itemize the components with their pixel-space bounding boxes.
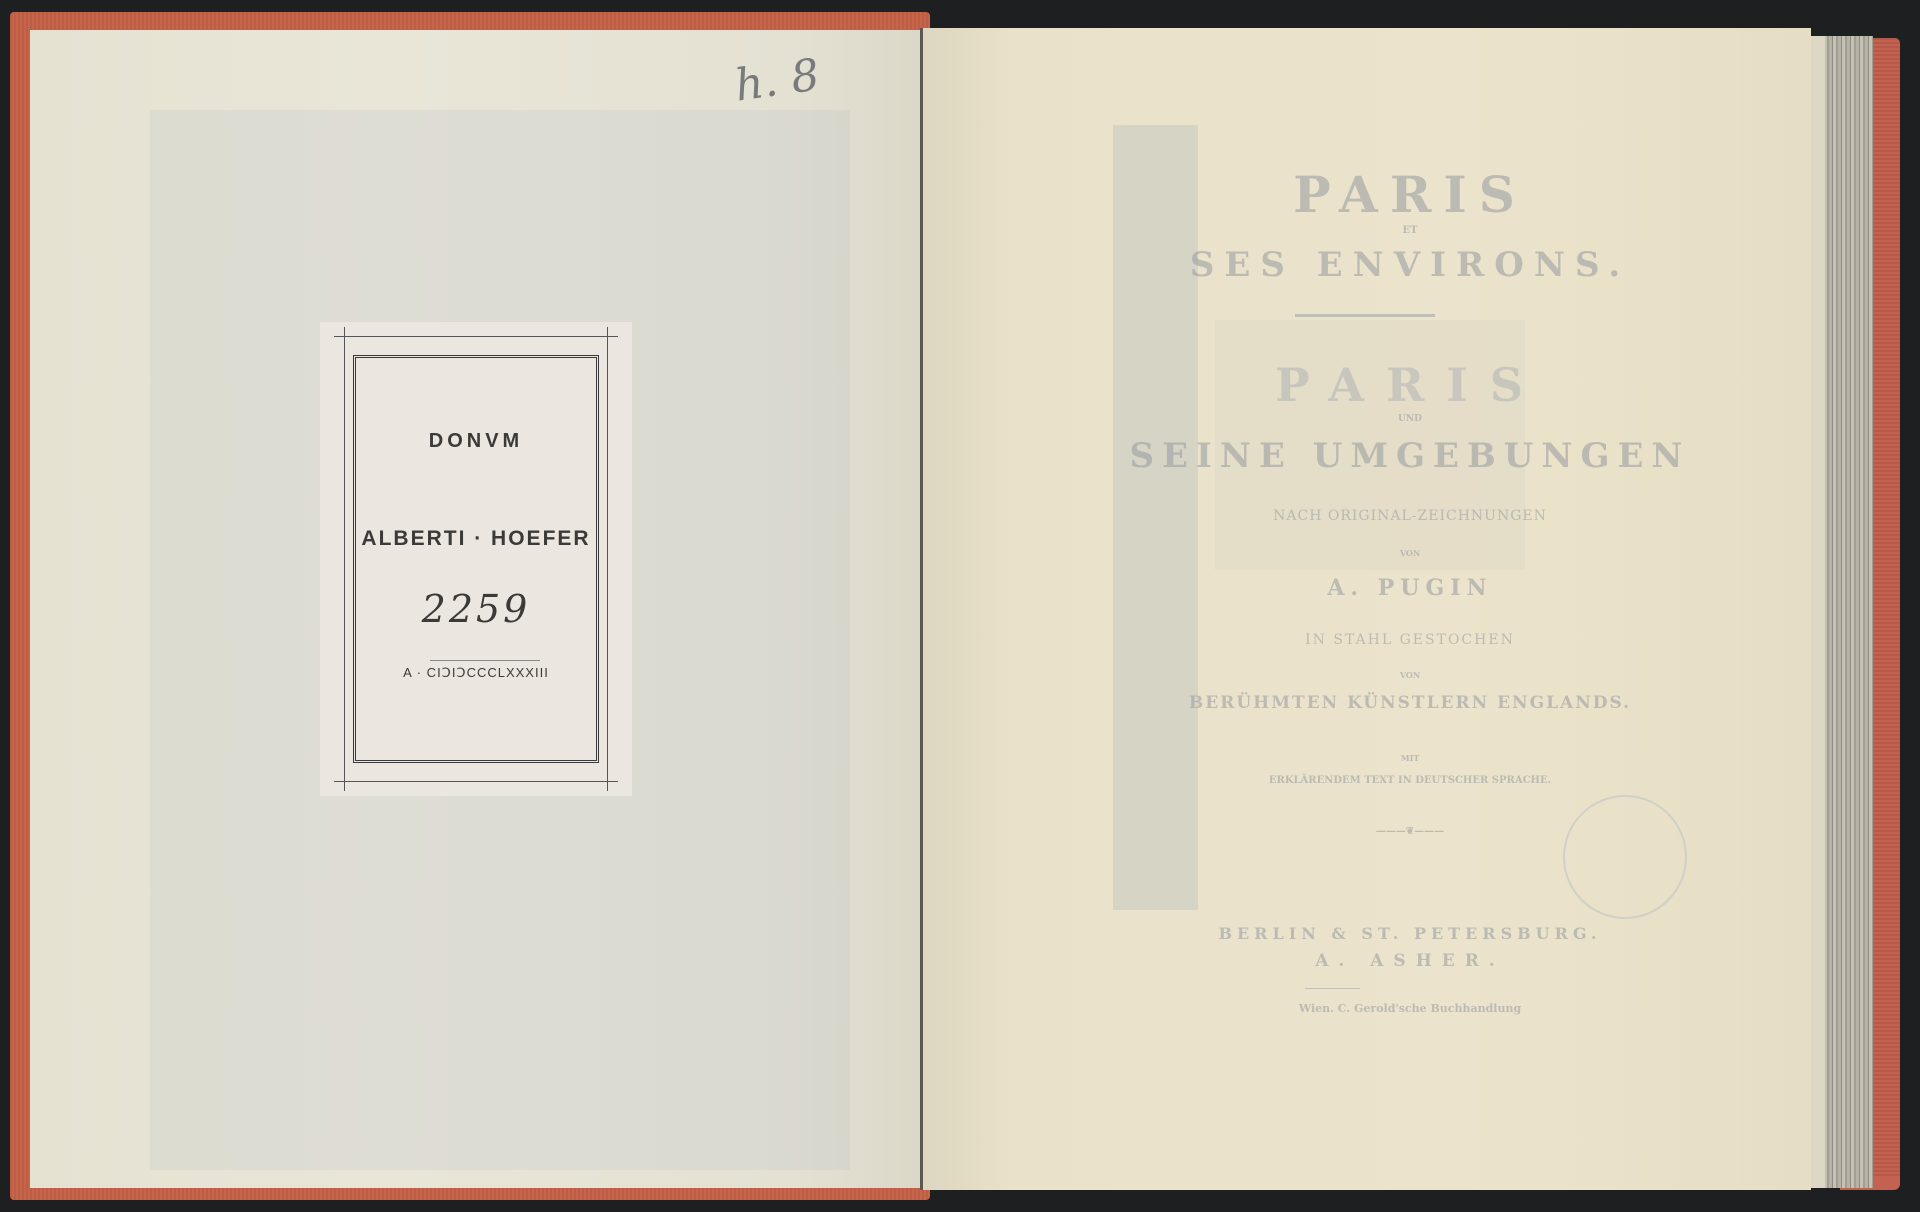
von-2: VON bbox=[1040, 670, 1780, 680]
library-stamp bbox=[1563, 795, 1687, 919]
bookplate-donum: DONVM bbox=[320, 430, 632, 453]
subtitle-fr: SES ENVIRONS. bbox=[1040, 245, 1780, 285]
text-note: ERKLÄRENDEM TEXT IN DEUTSCHER SPRACHE. bbox=[1040, 775, 1780, 786]
flyleaf-edge bbox=[1811, 36, 1825, 1188]
bookplate: DONVM ALBERTI · HOEFER 2259 A · CIↃIↃCCC… bbox=[320, 322, 632, 796]
imprint-rule bbox=[1305, 988, 1360, 989]
bookplate-border bbox=[353, 355, 599, 763]
title-de: PARIS bbox=[1040, 358, 1780, 412]
imprint-vienna: Wien. C. Gerold'sche Buchhandlung bbox=[1040, 1002, 1780, 1015]
bookplate-rule bbox=[430, 660, 540, 661]
bookplate-year: A · CIↃIↃCCCLXXXIII bbox=[320, 665, 632, 681]
back-cover-board bbox=[1870, 38, 1900, 1188]
after-drawings: NACH ORIGINAL-ZEICHNUNGEN bbox=[1040, 508, 1780, 524]
bookplate-donor-name: ALBERTI · HOEFER bbox=[320, 527, 632, 551]
von-1: VON bbox=[1040, 548, 1780, 558]
mit-line: MIT bbox=[1040, 753, 1780, 763]
bookplate-accession-number: 2259 bbox=[320, 587, 632, 631]
title-fr: PARIS bbox=[1040, 165, 1780, 224]
title-et: ET bbox=[1040, 225, 1780, 236]
title-und: UND bbox=[1040, 414, 1780, 424]
imprint-place: BERLIN & ST. PETERSBURG. bbox=[1040, 924, 1780, 943]
imprint-publisher: A. ASHER. bbox=[1040, 951, 1780, 971]
engraved-line: IN STAHL GESTOCHEN bbox=[1040, 632, 1780, 648]
author-name: A. PUGIN bbox=[1040, 575, 1780, 601]
subtitle-de: SEINE UMGEBUNGEN bbox=[1040, 436, 1780, 476]
artists-line: BERÜHMTEN KÜNSTLERN ENGLANDS. bbox=[1040, 693, 1780, 713]
title-rule bbox=[1295, 314, 1435, 317]
